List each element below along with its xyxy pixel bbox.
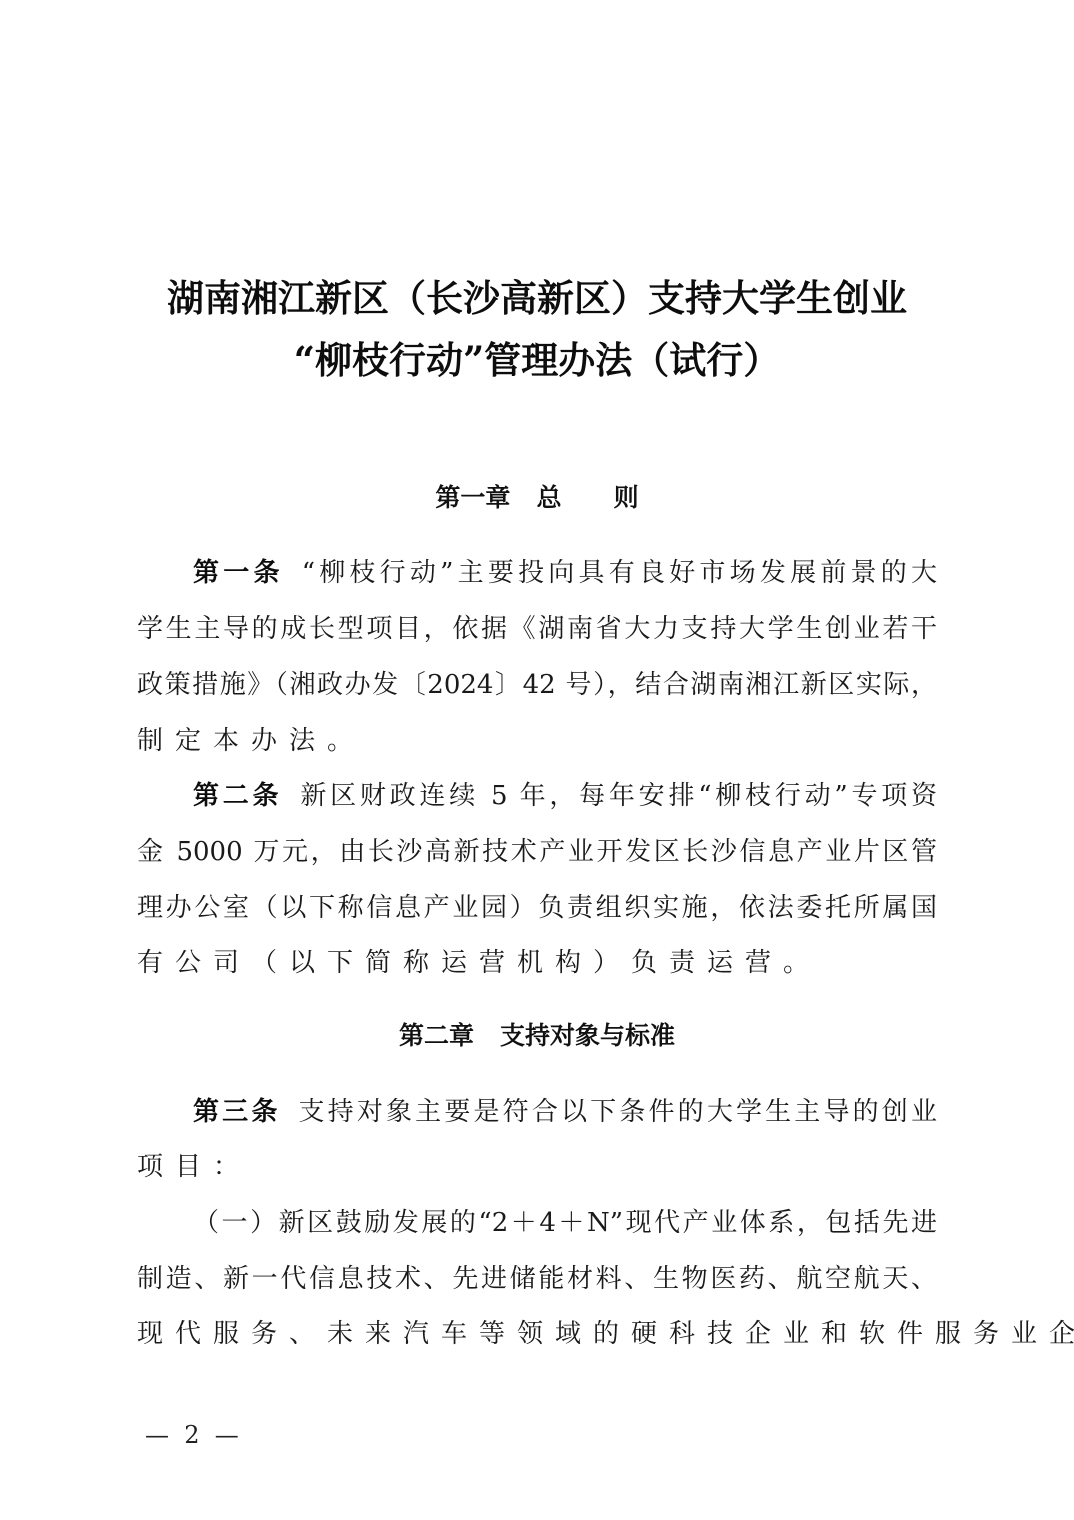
article-2-text-1: 新区财政连续 5 年，每年安排“柳枝行动”专项资 xyxy=(300,781,937,811)
article-3-line-1: 第三条支持对象主要是符合以下条件的大学生主导的创业 xyxy=(193,1092,937,1132)
article-2-line-1: 第二条新区财政连续 5 年，每年安排“柳枝行动”专项资 xyxy=(193,776,937,816)
article-2-line-2: 金 5000 万元，由长沙高新技术产业开发区长沙信息产业片区管 xyxy=(137,832,937,872)
chapter-1-heading: 第一章 总 则 xyxy=(0,478,1074,514)
document-page: 湖南湘江新区（长沙高新区）支持大学生创业 “柳枝行动”管理办法（试行） 第一章 … xyxy=(0,0,1074,1520)
article-3-text-1: 支持对象主要是符合以下条件的大学生主导的创业 xyxy=(299,1097,937,1127)
item-1-line-3: 现代服务、未来汽车等领域的硬科技企业和软件服务业企业。 xyxy=(137,1314,937,1354)
article-1-line-3: 政策措施》（湘政办发〔2024〕42 号），结合湖南湘江新区实际， xyxy=(137,665,937,705)
document-title-line-1: 湖南湘江新区（长沙高新区）支持大学生创业 xyxy=(0,268,1074,322)
article-3-label: 第三条 xyxy=(193,1097,281,1127)
document-title-line-2: “柳枝行动”管理办法（试行） xyxy=(0,330,1074,384)
article-1-line-1: 第一条“柳枝行动”主要投向具有良好市场发展前景的大 xyxy=(193,553,937,593)
item-1-line-1: （一）新区鼓励发展的“2＋4＋N”现代产业体系，包括先进 xyxy=(193,1203,937,1243)
article-2-label: 第二条 xyxy=(193,781,282,811)
chapter-2-heading: 第二章 支持对象与标准 xyxy=(0,1016,1074,1052)
page-number: — 2 — xyxy=(145,1420,239,1450)
article-3-line-2: 项目： xyxy=(137,1147,937,1187)
article-2-line-4: 有公司（以下简称运营机构）负责运营。 xyxy=(137,943,937,983)
article-2-line-3: 理办公室（以下称信息产业园）负责组织实施，依法委托所属国 xyxy=(137,888,937,928)
article-1-line-4: 制定本办法。 xyxy=(137,721,937,761)
article-1-text-1: “柳枝行动”主要投向具有良好市场发展前景的大 xyxy=(302,558,937,588)
item-1-line-2: 制造、新一代信息技术、先进储能材料、生物医药、航空航天、 xyxy=(137,1259,937,1299)
article-1-line-2: 学生主导的成长型项目，依据《湖南省大力支持大学生创业若干 xyxy=(137,609,937,649)
article-1-label: 第一条 xyxy=(193,558,284,588)
